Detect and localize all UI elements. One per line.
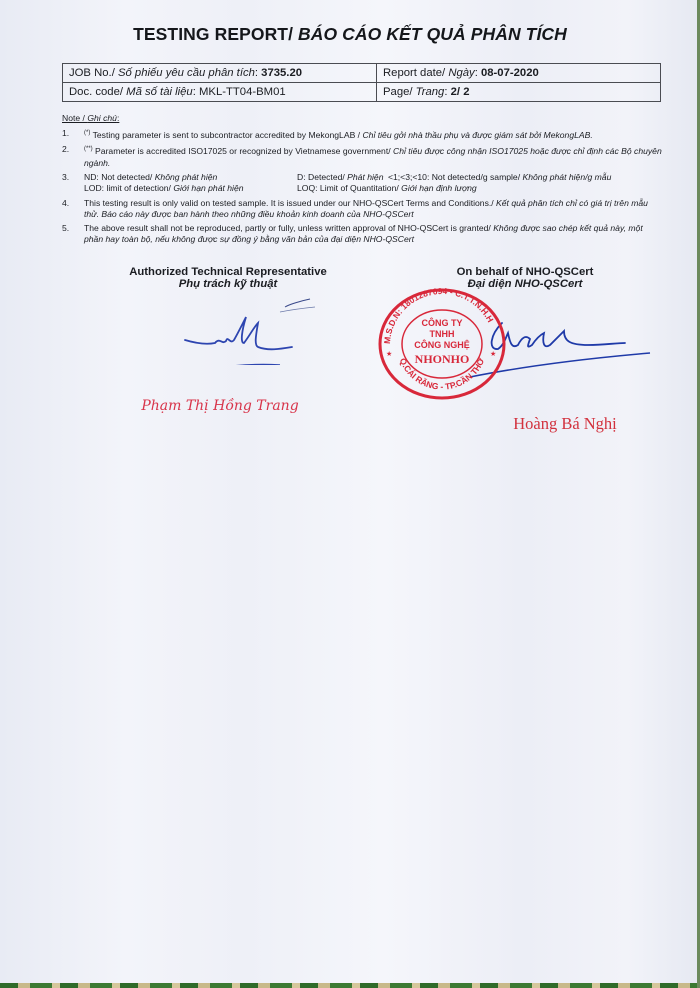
company-stamp-icon: M.S.D.N: 1801287094 - C.T.T.N.H.H Q.CÁI … <box>372 284 512 402</box>
title-vi: BÁO CÁO KẾT QUẢ PHÂN TÍCH <box>293 24 567 44</box>
note-number: 5. <box>62 223 69 234</box>
svg-text:★: ★ <box>386 350 392 358</box>
abbrev-loq: LOQ: Limit of Quantitation/ Giới hạn địn… <box>297 183 662 194</box>
abbrev-lod: LOD: limit of detection/ Giới hạn phát h… <box>84 183 297 194</box>
note-item: 2. (**) Parameter is accredited ISO17025… <box>62 144 662 168</box>
signer-name-right: Hoàng Bá Nghị <box>480 414 650 434</box>
note-item: 1. (*) Testing parameter is sent to subc… <box>62 128 662 141</box>
abbrev-en: LOQ: Limit of Quantitation/ <box>297 183 401 193</box>
job-no-label-vi: Số phiếu yêu cầu phân tích <box>118 67 255 79</box>
abbrev-row: ND: Not detected/ Không phát hiện D: Det… <box>84 172 662 183</box>
notes-section: Note / Ghi chú: 1. (*) Testing parameter… <box>62 113 662 249</box>
notes-heading-vi: Ghi chú <box>87 113 117 123</box>
report-title: TESTING REPORT/ BÁO CÁO KẾT QUẢ PHÂN TÍC… <box>0 24 700 45</box>
note-number: 3. <box>62 172 69 183</box>
svg-text:★: ★ <box>490 350 496 358</box>
abbrev-en: <1;<3;<10: Not detected/g sample/ <box>388 172 523 182</box>
note-number: 2. <box>62 144 69 155</box>
report-date-label: Report date/ <box>383 67 448 79</box>
abbrev-d: D: Detected/ Phát hiện <box>297 172 388 183</box>
note-text-en: Testing parameter is sent to subcontract… <box>90 130 362 140</box>
abbrev-en: LOD: limit of detection/ <box>84 183 173 193</box>
title-en: TESTING REPORT/ <box>133 24 293 44</box>
abbrev-nd: ND: Not detected/ Không phát hiện <box>84 172 297 183</box>
job-no-cell: JOB No./ Số phiếu yêu cầu phân tích: 373… <box>63 64 377 83</box>
page-value: 2/ 2 <box>451 86 470 98</box>
svg-text:TNHH: TNHH <box>430 329 455 339</box>
note-item: 3. ND: Not detected/ Không phát hiện D: … <box>62 172 662 195</box>
signer-name-left: Phạm Thị Hồng Trang <box>120 398 320 414</box>
info-row: Doc. code/ Mã số tài liệu: MKL-TT04-BM01… <box>63 83 661 102</box>
abbrev-row: LOD: limit of detection/ Giới hạn phát h… <box>84 183 662 194</box>
doc-code-label-vi: Mã số tài liệu <box>126 86 193 98</box>
page-cell: Page/ Trang: 2/ 2 <box>377 83 661 102</box>
note-text-en: The above result shall not be reproduced… <box>84 223 493 233</box>
abbrev-vi: Không phát hiện/g mẫu <box>523 172 612 182</box>
note-item: 4. This testing result is only valid on … <box>62 198 662 221</box>
note-text-en: Parameter is accredited ISO17025 or reco… <box>93 146 393 156</box>
signer-title-en: On behalf of NHO-QSCert <box>410 266 640 278</box>
abbrev-vi: Giới hạn phát hiện <box>173 183 243 193</box>
note-marker: (**) <box>84 146 93 152</box>
abbrev-en: ND: Not detected/ <box>84 172 155 182</box>
svg-text:CÔNG TY: CÔNG TY <box>421 317 462 328</box>
abbrev-vi: Không phát hiện <box>155 172 218 182</box>
job-no-value: 3735.20 <box>261 67 302 79</box>
abbrev-lt: <1;<3;<10: Not detected/g sample/ Không … <box>388 172 662 183</box>
report-date-value: 08-07-2020 <box>481 67 539 79</box>
note-text-en: This testing result is only valid on tes… <box>84 198 496 208</box>
notes-heading: Note / Ghi chú: <box>62 113 662 124</box>
info-row: JOB No./ Số phiếu yêu cầu phân tích: 373… <box>63 64 661 83</box>
report-date-label-vi: Ngày <box>448 67 474 79</box>
abbrev-en: D: Detected/ <box>297 172 347 182</box>
doc-code-cell: Doc. code/ Mã số tài liệu: MKL-TT04-BM01 <box>63 83 377 102</box>
doc-code-label: Doc. code/ <box>69 86 126 98</box>
abbrev-vi: Giới hạn định lượng <box>401 183 477 193</box>
signature-left-icon <box>180 285 330 365</box>
note-item: 5. The above result shall not be reprodu… <box>62 223 662 246</box>
page-label: Page/ <box>383 86 416 98</box>
report-date-cell: Report date/ Ngày: 08-07-2020 <box>377 64 661 83</box>
note-number: 1. <box>62 128 69 139</box>
svg-text:NHONHO: NHONHO <box>415 352 470 366</box>
info-table: JOB No./ Số phiếu yêu cầu phân tích: 373… <box>62 63 661 102</box>
background-surface <box>0 983 700 988</box>
page-label-vi: Trang <box>416 86 445 98</box>
note-number: 4. <box>62 198 69 209</box>
signer-title-en: Authorized Technical Representative <box>108 266 348 278</box>
job-no-label: JOB No./ <box>69 67 118 79</box>
svg-text:CÔNG NGHỆ: CÔNG NGHỆ <box>414 339 470 350</box>
doc-code-value: MKL-TT04-BM01 <box>199 86 286 98</box>
note-text-vi: Chỉ tiêu gởi nhà thầu phụ và được giám s… <box>362 130 592 140</box>
notes-heading-en: Note / <box>62 113 87 123</box>
abbrev-vi: Phát hiện <box>347 172 383 182</box>
